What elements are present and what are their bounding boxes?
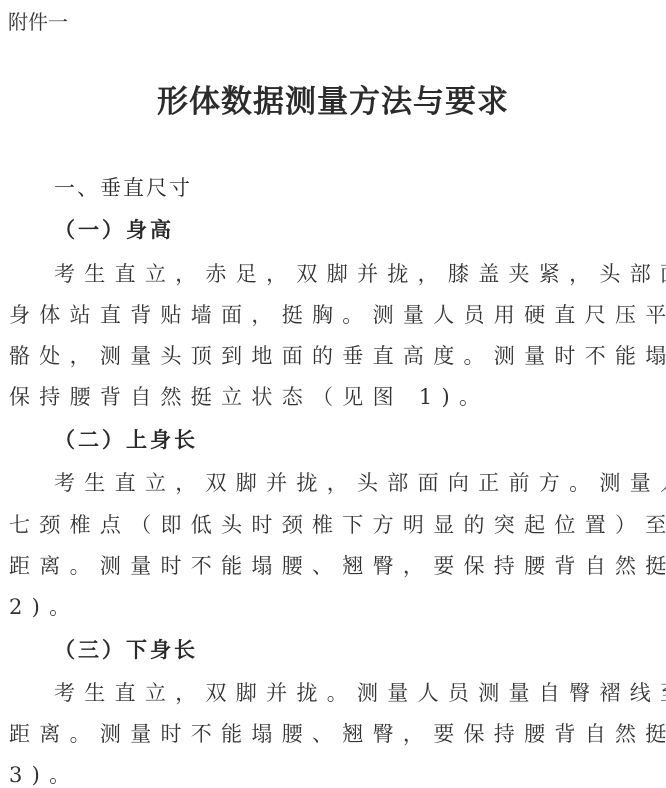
paragraph-line: 保持腰背自然挺立状态（见图 1)。 <box>9 381 659 411</box>
paragraph-line: 2)。 <box>9 591 659 621</box>
paragraph-line: 七颈椎点（即低头时颈椎下方明显的突起位置）至臀褶线的垂直 <box>9 509 659 539</box>
document-title: 形体数据测量方法与要求 <box>0 76 666 121</box>
subsection-heading-upper-body-length: （二）上身长 <box>54 424 198 454</box>
paragraph-line: 骼处，测量头顶到地面的垂直高度。测量时不能塌腰、翘臀，要 <box>9 340 659 370</box>
section-heading-vertical-dimensions: 一、垂直尺寸 <box>54 172 192 202</box>
paragraph-line: 考生直立，赤足，双脚并拢，膝盖夹紧，头部面向正前方， <box>54 258 659 288</box>
paragraph-line: 距离。测量时不能塌腰、翘臀，要保持腰背自然挺立状态（见图 <box>9 718 659 748</box>
paragraph-line: 距离。测量时不能塌腰、翘臀，要保持腰背自然挺立状态（见图 <box>9 550 659 580</box>
paragraph-line: 考生直立，双脚并拢，头部面向正前方。测量人员测量自第 <box>54 467 659 497</box>
subsection-heading-height: （一）身高 <box>54 214 174 244</box>
paragraph-line: 3)。 <box>9 759 659 788</box>
attachment-label: 附件一 <box>8 6 68 35</box>
subsection-heading-lower-body-length: （三）下身长 <box>54 634 198 664</box>
paragraph-line: 身体站直背贴墙面，挺胸。测量人员用硬直尺压平头发至头顶骨 <box>9 299 659 329</box>
paragraph-line: 考生直立，双脚并拢。测量人员测量自臀褶线至地面的垂直 <box>54 677 659 707</box>
